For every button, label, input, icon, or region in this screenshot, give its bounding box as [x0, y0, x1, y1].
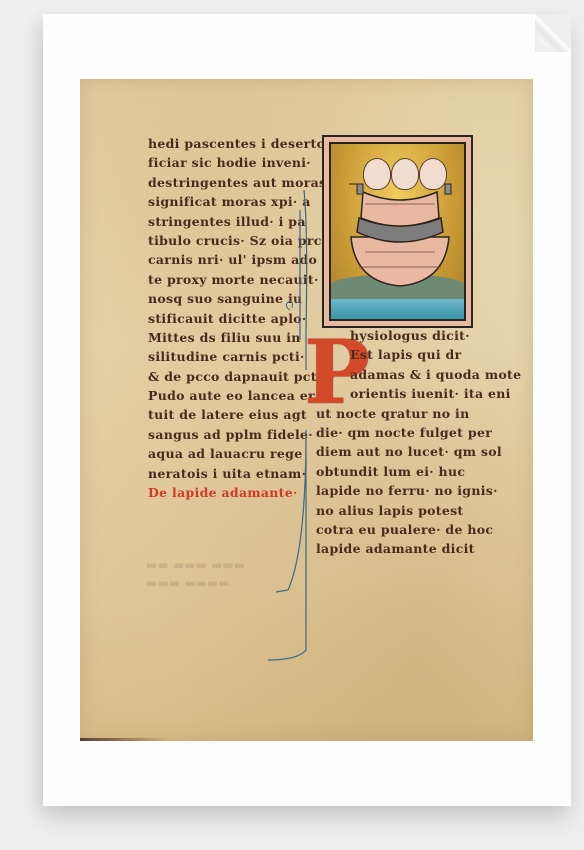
text-line: diem aut no lucet· qm sol — [316, 442, 486, 461]
page-curl-corner — [535, 14, 571, 52]
text-line: orientis iuenit· ita eni — [316, 384, 486, 403]
text-line: lapide adamante dicit — [316, 539, 486, 558]
text-line: hedi pascentes i deserto· — [148, 134, 296, 153]
right-text-column: hysiologus dicit· Est lapis qui dr adama… — [316, 326, 486, 559]
gold-background — [329, 142, 466, 321]
figure-head — [391, 158, 419, 190]
text-line: lapide no ferru· no ignis· — [316, 481, 486, 500]
pen-flourish-icon — [268, 190, 318, 670]
text-line: ut nocte qratur no in — [316, 404, 486, 423]
water — [331, 299, 464, 319]
show-through-text: ▬▬ ▬▬▬ ▬▬▬▬▬▬ ▬▬▬▬ — [146, 556, 286, 592]
text-line: hysiologus dicit· — [316, 326, 486, 345]
ship-icon — [345, 182, 455, 292]
text-line: die· qm nocte fulget per — [316, 423, 486, 442]
text-line: ficiar sic hodie inveni· — [148, 153, 296, 172]
illuminated-miniature — [322, 135, 473, 328]
figure-head — [419, 158, 447, 190]
text-line: Est lapis qui dr — [316, 345, 486, 364]
text-line: obtundit lum ei· huc — [316, 462, 486, 481]
text-line: adamas & i quoda mote — [316, 365, 486, 384]
figure-head — [363, 158, 391, 190]
text-line: cotra eu pualere· de hoc — [316, 520, 486, 539]
text-line: no alius lapis potest — [316, 501, 486, 520]
